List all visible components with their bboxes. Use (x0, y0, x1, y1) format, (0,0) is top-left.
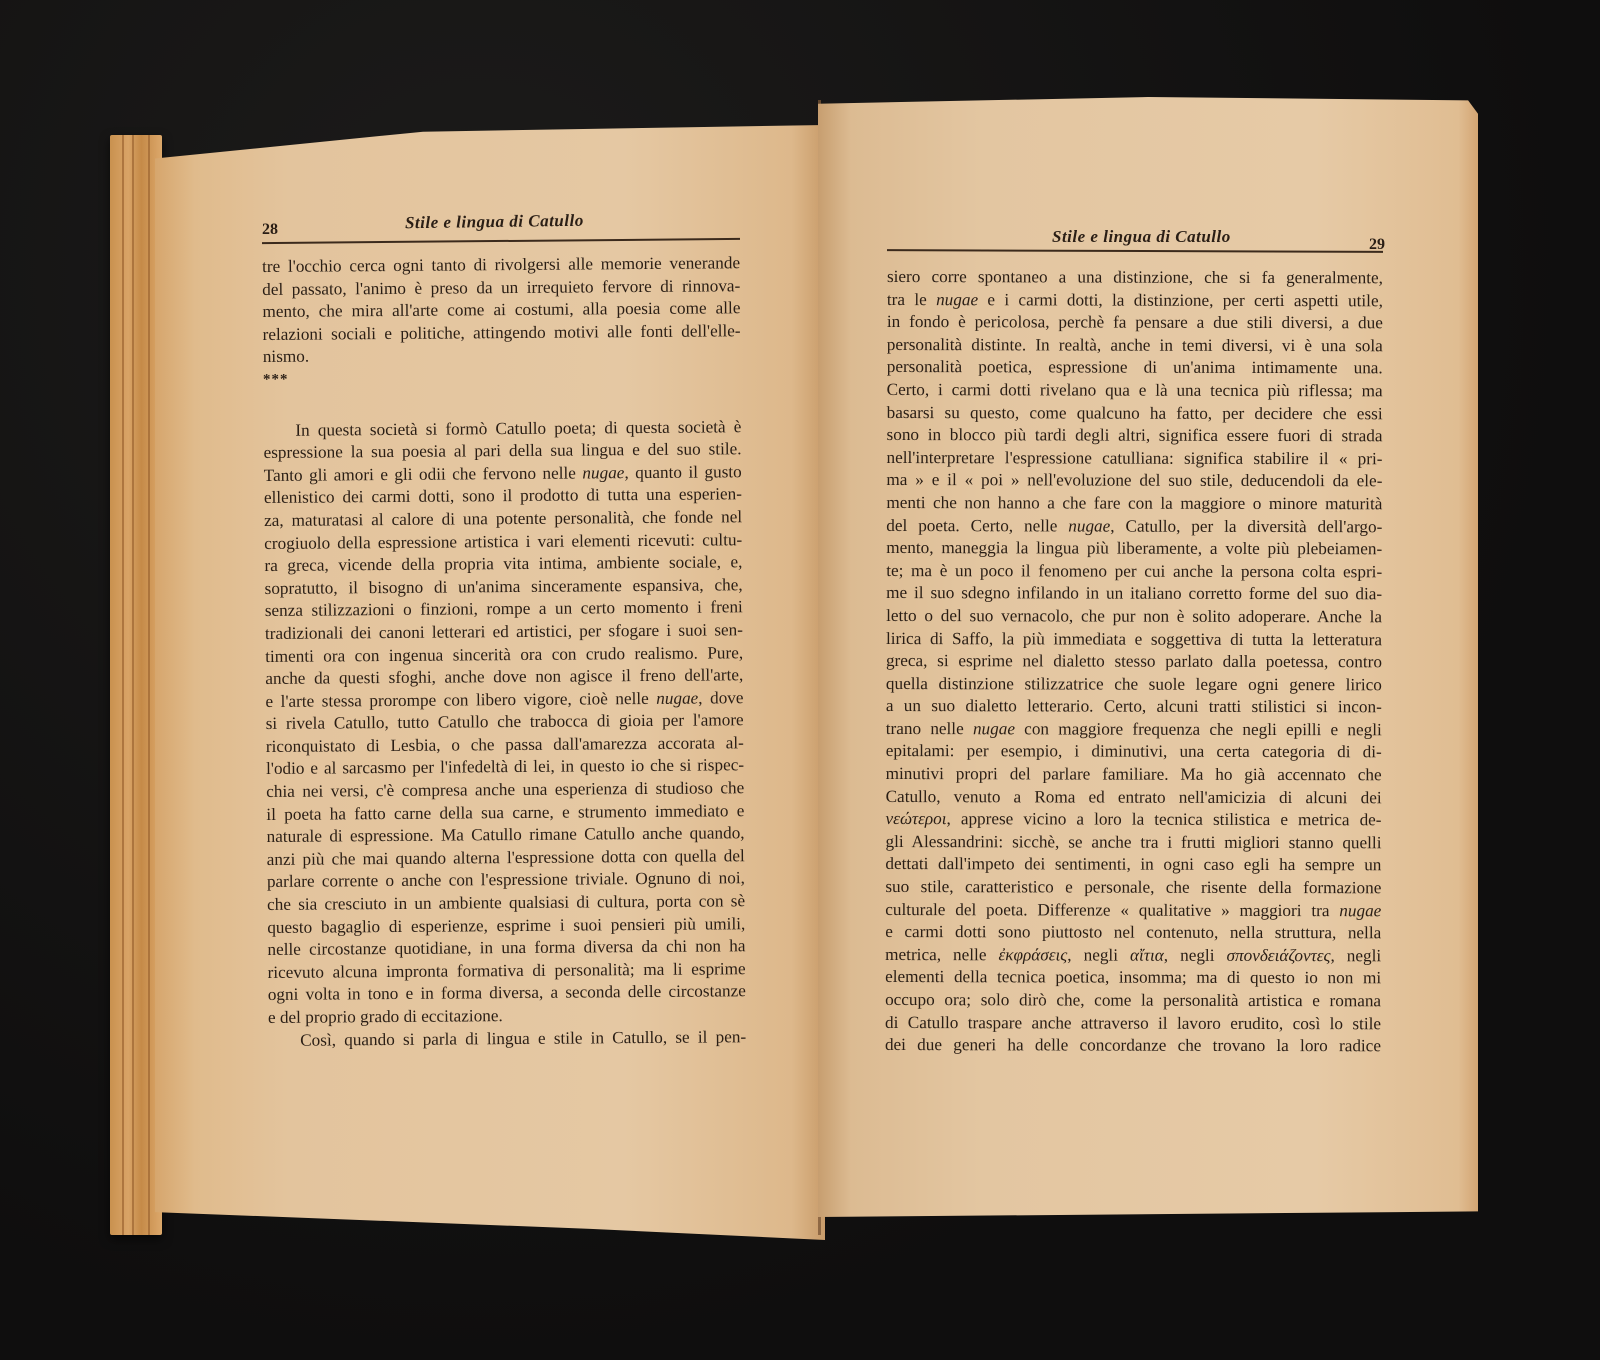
text-line: tre l'occhio cerca ogni tanto di rivolge… (262, 252, 740, 278)
text-line: letto o del suo vernacolo, che pur non è… (886, 605, 1382, 629)
text-line: sono in blocco più tardi degli altri, si… (887, 424, 1383, 448)
text-line: personalità distinte. In realtà, anche i… (887, 334, 1383, 358)
right-page-body: siero corre spontaneo a una distinzione,… (885, 266, 1383, 1058)
right-running-head: Stile e lingua di Catullo (1052, 227, 1231, 247)
text-line: elementi della tecnica poetica, insomma;… (885, 966, 1381, 990)
page-edge-stack (110, 135, 162, 1235)
text-line: occupo ora; solo dirò che, come la perso… (885, 989, 1381, 1013)
text-line: personalità poetica, espressione di un'a… (887, 356, 1383, 380)
text-line: lirica di Saffo, la più immediata e sogg… (886, 627, 1382, 651)
text-line: culturale del poeta. Differenze « qualit… (885, 899, 1381, 923)
text-line: di Catullo traspare anche attraverso il … (885, 1012, 1381, 1036)
text-line: metrica, nelle ἐκφράσεις, negli αἴτια, n… (885, 944, 1381, 968)
left-running-head: Stile e lingua di Catullo (405, 211, 584, 233)
text-line: menti che non hanno a che fare con la ma… (886, 492, 1382, 516)
text-line: ogni volta in tono e in forma diversa, a… (268, 981, 746, 1007)
text-line: minutivi propri del parlare familiare. M… (886, 763, 1382, 787)
text-line: Catullo, venuto a Roma ed entrato nell'a… (886, 786, 1382, 810)
text-line: dettati dall'impeto dei sentimenti, in o… (885, 853, 1381, 877)
text-line: a un suo dialetto letterario. Certo, alc… (886, 695, 1382, 719)
text-line: trano nelle nugae con maggiore frequenza… (886, 718, 1382, 742)
text-line: epitalami: per esempio, i diminutivi, un… (886, 740, 1382, 764)
text-line: te; ma è un poco il fenomeno per cui anc… (886, 560, 1382, 584)
text-line: Così, quando si parla di lingua e stile … (268, 1026, 746, 1052)
text-line: dei due generi ha delle concordanze che … (885, 1034, 1381, 1058)
text-line: anche da questi sfoghi, anche dove non a… (265, 664, 743, 690)
text-line: tra le nugae e i carmi dotti, la distinz… (887, 289, 1383, 313)
text-line: relazioni sociali e politiche, attingend… (263, 320, 741, 346)
text-line: quella distinzione stilizzatrice che suo… (886, 673, 1382, 697)
text-line: ma » e il « poi » nell'evoluzione del su… (886, 469, 1382, 493)
text-line: tradizionali dei canoni letterari ed art… (265, 619, 743, 645)
text-line: me il suo sdegno infilando in un italian… (886, 582, 1382, 606)
text-line: e carmi dotti sono piuttosto nel contenu… (885, 921, 1381, 945)
text-line: mento, maneggia la lingua più liberament… (886, 537, 1382, 561)
text-line: che sia cresciuto in un ambiente qualsia… (267, 890, 745, 916)
text-line: Certo, i carmi dotti rivelano qua e là u… (887, 379, 1383, 403)
text-line: del poeta. Certo, nelle nugae, Catullo, … (886, 515, 1382, 539)
text-line: in fondo è pericolosa, perchè fa pensare… (887, 311, 1383, 335)
text-line: nell'interpretare l'espressione catullia… (886, 447, 1382, 471)
text-line: chia nei versi, c'è compresa anche una e… (266, 777, 744, 803)
text-line: siero corre spontaneo a una distinzione,… (887, 266, 1383, 290)
text-line: suo stile, caratteristico e personale, c… (885, 876, 1381, 900)
text-line: za, maturatasi al calore di una potente … (264, 506, 742, 532)
text-line: basarsi su questo, come qualcuno ha fatt… (887, 402, 1383, 426)
text-line: ra greca, vicende della propria vita int… (264, 551, 742, 577)
text-line: greca, si esprime nel dialetto stesso pa… (886, 650, 1382, 674)
left-page-body: tre l'occhio cerca ogni tanto di rivolge… (262, 252, 746, 1052)
left-page-number: 28 (262, 221, 278, 239)
text-line: νεώτεροι, apprese vicino a loro la tecni… (886, 808, 1382, 832)
open-book: 28 Stile e lingua di Catullo tre l'occhi… (0, 0, 1600, 1360)
text-line: gli Alessandrini: sicchè, se anche tra i… (885, 831, 1381, 855)
